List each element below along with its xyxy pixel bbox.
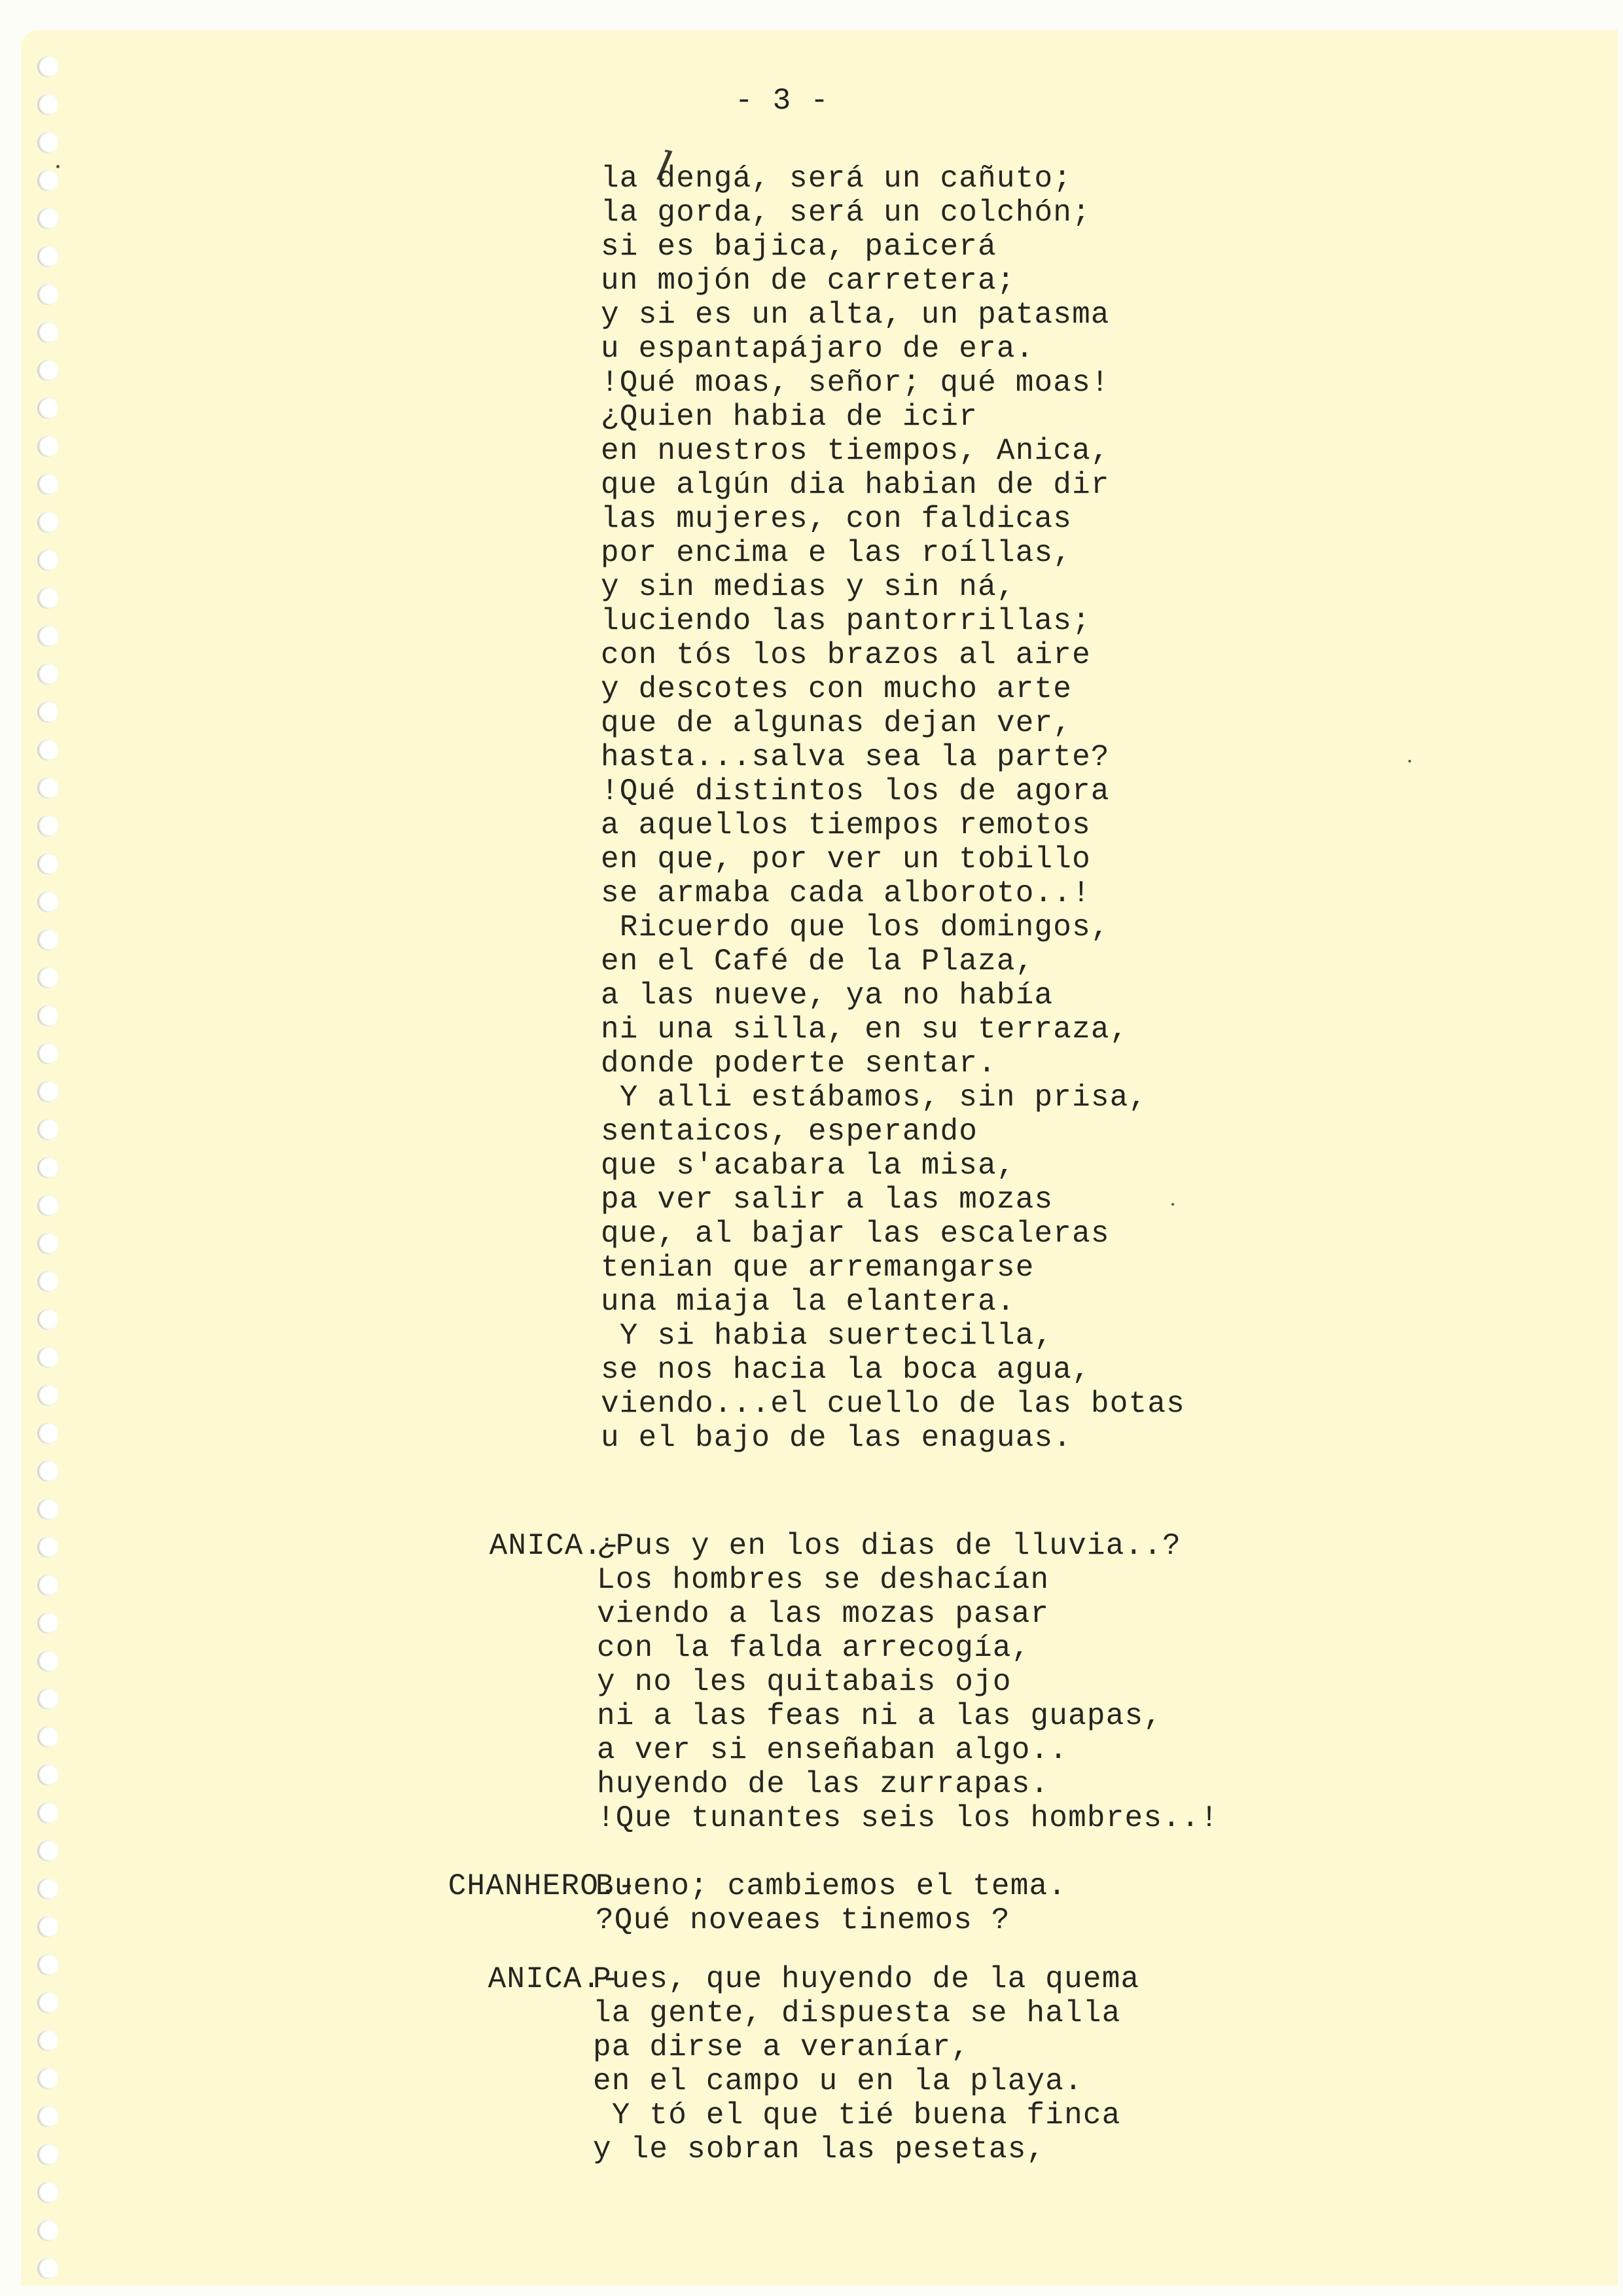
binder-hole xyxy=(37,1878,58,1899)
page-number: - 3 - xyxy=(713,84,851,118)
binder-hole xyxy=(37,1385,58,1406)
speech-line: ni a las feas ni a las guapas, xyxy=(597,1699,1219,1733)
speech-line: Los hombres se deshacían xyxy=(597,1563,1219,1597)
binder-hole xyxy=(37,1043,58,1064)
verse-line: Y alli estábamos, sin prisa, xyxy=(601,1081,1185,1115)
binder-hole xyxy=(37,208,58,229)
verse-line: en el Café de la Plaza, xyxy=(601,944,1185,978)
verse-line: se armaba cada alboroto..! xyxy=(601,876,1185,910)
speech-line: viendo a las mozas pasar xyxy=(597,1597,1219,1631)
binder-hole xyxy=(37,967,58,988)
binder-hole xyxy=(37,2030,58,2051)
binder-hole xyxy=(37,853,58,874)
binder-hole xyxy=(37,1803,58,1823)
verse-line: ¿Quien habia de icir xyxy=(601,400,1185,434)
binder-hole xyxy=(37,436,58,457)
speech-lines: Bueno; cambiemos el tema.?Qué noveaes ti… xyxy=(596,1869,1067,1937)
verse-line: que de algunas dejan ver, xyxy=(601,706,1185,740)
verse-line: u espantapájaro de era. xyxy=(601,332,1185,366)
verse-line: si es bajica, paicerá xyxy=(601,230,1185,264)
speech-line: !Que tunantes seis los hombres..! xyxy=(597,1801,1219,1835)
ink-speck xyxy=(56,165,60,168)
binder-hole xyxy=(37,1195,58,1216)
speech-line: con la falda arrecogía, xyxy=(597,1631,1219,1665)
binder-hole xyxy=(37,474,58,495)
binder-hole xyxy=(37,1461,58,1482)
binder-hole xyxy=(37,550,58,571)
binder-hole xyxy=(37,2144,58,2165)
speech-line: Bueno; cambiemos el tema. xyxy=(596,1869,1067,1903)
verse-line: y descotes con mucho arte xyxy=(601,672,1185,706)
binder-hole xyxy=(37,778,58,798)
binder-hole xyxy=(37,2182,58,2203)
binder-hole xyxy=(37,1916,58,1937)
ink-speck xyxy=(1408,760,1411,762)
speech-line: pa dirse a veraníar, xyxy=(593,2030,1139,2064)
binder-hole xyxy=(37,664,58,685)
speech-anica-1: ANICA.- ¿Pus y en los dias de lluvia..?L… xyxy=(452,1529,490,1631)
verse-line: en nuestros tiempos, Anica, xyxy=(601,434,1185,468)
binder-hole xyxy=(37,398,58,419)
binder-hole xyxy=(37,1005,58,1026)
binder-hole xyxy=(37,284,58,305)
binder-hole xyxy=(37,1537,58,1558)
binder-hole xyxy=(37,1954,58,1975)
speech-line: ¿Pus y en los dias de lluvia..? xyxy=(597,1529,1219,1563)
verse-line: tenian que arremangarse xyxy=(601,1251,1185,1285)
verse-line: que s'acabara la misa, xyxy=(601,1149,1185,1183)
verse-line: sentaicos, esperando xyxy=(601,1115,1185,1149)
speech-line: en el campo u en la playa. xyxy=(593,2064,1139,2098)
verse-line: en que, por ver un tobillo xyxy=(601,842,1185,876)
speech-chanhero: CHANHERO.- Bueno; cambiemos el tema.?Qué… xyxy=(410,1869,448,1971)
binder-hole xyxy=(37,929,58,950)
speech-line: y le sobran las pesetas, xyxy=(593,2132,1139,2166)
binder-hole xyxy=(37,512,58,533)
verse-line: la gorda, será un colchón; xyxy=(601,196,1185,230)
speech-lines: Pues, que huyendo de la quemala gente, d… xyxy=(593,1962,1139,2166)
speech-anica-2: ANICA.- Pues, que huyendo de la quemala … xyxy=(450,1962,488,2064)
binder-hole xyxy=(37,702,58,723)
binder-hole xyxy=(37,2068,58,2089)
binder-hole xyxy=(37,1575,58,1596)
verse-line: con tós los brazos al aire xyxy=(601,638,1185,672)
binder-hole xyxy=(37,1727,58,1748)
binder-hole xyxy=(37,1499,58,1520)
verse-line: luciendo las pantorrillas; xyxy=(601,604,1185,638)
binder-hole xyxy=(37,1423,58,1444)
verse-line: un mojón de carretera; xyxy=(601,264,1185,298)
speech-line: ?Qué noveaes tinemos ? xyxy=(596,1903,1067,1937)
binder-hole xyxy=(37,740,58,761)
verse-line: por encima e las roíllas, xyxy=(601,536,1185,570)
verse-line: que algún dia habian de dir xyxy=(601,468,1185,502)
binder-hole xyxy=(37,56,58,77)
binder-hole xyxy=(37,891,58,912)
verse-line: u el bajo de las enaguas. xyxy=(601,1421,1185,1455)
binder-hole xyxy=(37,1613,58,1634)
binder-hole xyxy=(37,2106,58,2127)
verse-line: !Qué distintos los de agora xyxy=(601,774,1185,808)
binder-hole xyxy=(37,1840,58,1861)
binder-hole xyxy=(37,94,58,115)
verse-line: las mujeres, con faldicas xyxy=(601,502,1185,536)
speech-line: y no les quitabais ojo xyxy=(597,1665,1219,1699)
binder-holes xyxy=(21,30,99,2286)
binder-hole xyxy=(37,1651,58,1672)
verse-line: hasta...salva sea la parte? xyxy=(601,740,1185,774)
binder-hole xyxy=(37,1689,58,1710)
speech-line: la gente, dispuesta se halla xyxy=(593,1996,1139,2030)
speech-line: Pues, que huyendo de la quema xyxy=(593,1962,1139,1996)
binder-hole xyxy=(37,132,58,153)
binder-hole xyxy=(37,1271,58,1292)
binder-hole xyxy=(37,626,58,647)
verse-line: Y si habia suertecilla, xyxy=(601,1319,1185,1353)
verse-line: que, al bajar las escaleras xyxy=(601,1217,1185,1251)
binder-hole xyxy=(37,322,58,343)
binder-hole xyxy=(37,1309,58,1330)
verse-line: y sin medias y sin ná, xyxy=(601,570,1185,604)
speech-line: huyendo de las zurrapas. xyxy=(597,1767,1219,1801)
binder-hole xyxy=(37,1992,58,2013)
verse-line: donde poderte sentar. xyxy=(601,1047,1185,1081)
ink-speck xyxy=(1171,1203,1174,1206)
binder-hole xyxy=(37,170,58,191)
verse-line: pa ver salir a las mozas xyxy=(601,1183,1185,1217)
binder-hole xyxy=(37,1081,58,1102)
verse-line: ni una silla, en su terraza, xyxy=(601,1013,1185,1047)
binder-hole xyxy=(37,360,58,381)
verse-line: a aquellos tiempos remotos xyxy=(601,808,1185,842)
verse-line: viendo...el cuello de las botas xyxy=(601,1387,1185,1421)
verse-line: la dengá, será un cañuto; xyxy=(601,162,1185,196)
speech-line: Y tó el que tié buena finca xyxy=(593,2098,1139,2132)
verse-line: a las nueve, ya no había xyxy=(601,978,1185,1013)
binder-hole xyxy=(37,1765,58,1785)
binder-hole xyxy=(37,588,58,609)
binder-hole xyxy=(37,1347,58,1368)
speech-lines: ¿Pus y en los dias de lluvia..?Los hombr… xyxy=(597,1529,1219,1835)
verse-line: Ricuerdo que los domingos, xyxy=(601,910,1185,944)
binder-hole xyxy=(37,2220,58,2241)
verse-line: !Qué moas, señor; qué moas! xyxy=(601,366,1185,400)
verse-line: y si es un alta, un patasma xyxy=(601,298,1185,332)
binder-hole xyxy=(37,2258,58,2279)
binder-hole xyxy=(37,246,58,267)
speech-line: a ver si enseñaban algo.. xyxy=(597,1733,1219,1767)
binder-hole xyxy=(37,1233,58,1254)
verse-block: la dengá, será un cañuto;la gorda, será … xyxy=(601,162,1185,1455)
binder-hole xyxy=(37,1157,58,1178)
binder-hole xyxy=(37,1119,58,1140)
verse-line: se nos hacia la boca agua, xyxy=(601,1353,1185,1387)
binder-hole xyxy=(37,816,58,836)
verse-line: una miaja la elantera. xyxy=(601,1285,1185,1319)
